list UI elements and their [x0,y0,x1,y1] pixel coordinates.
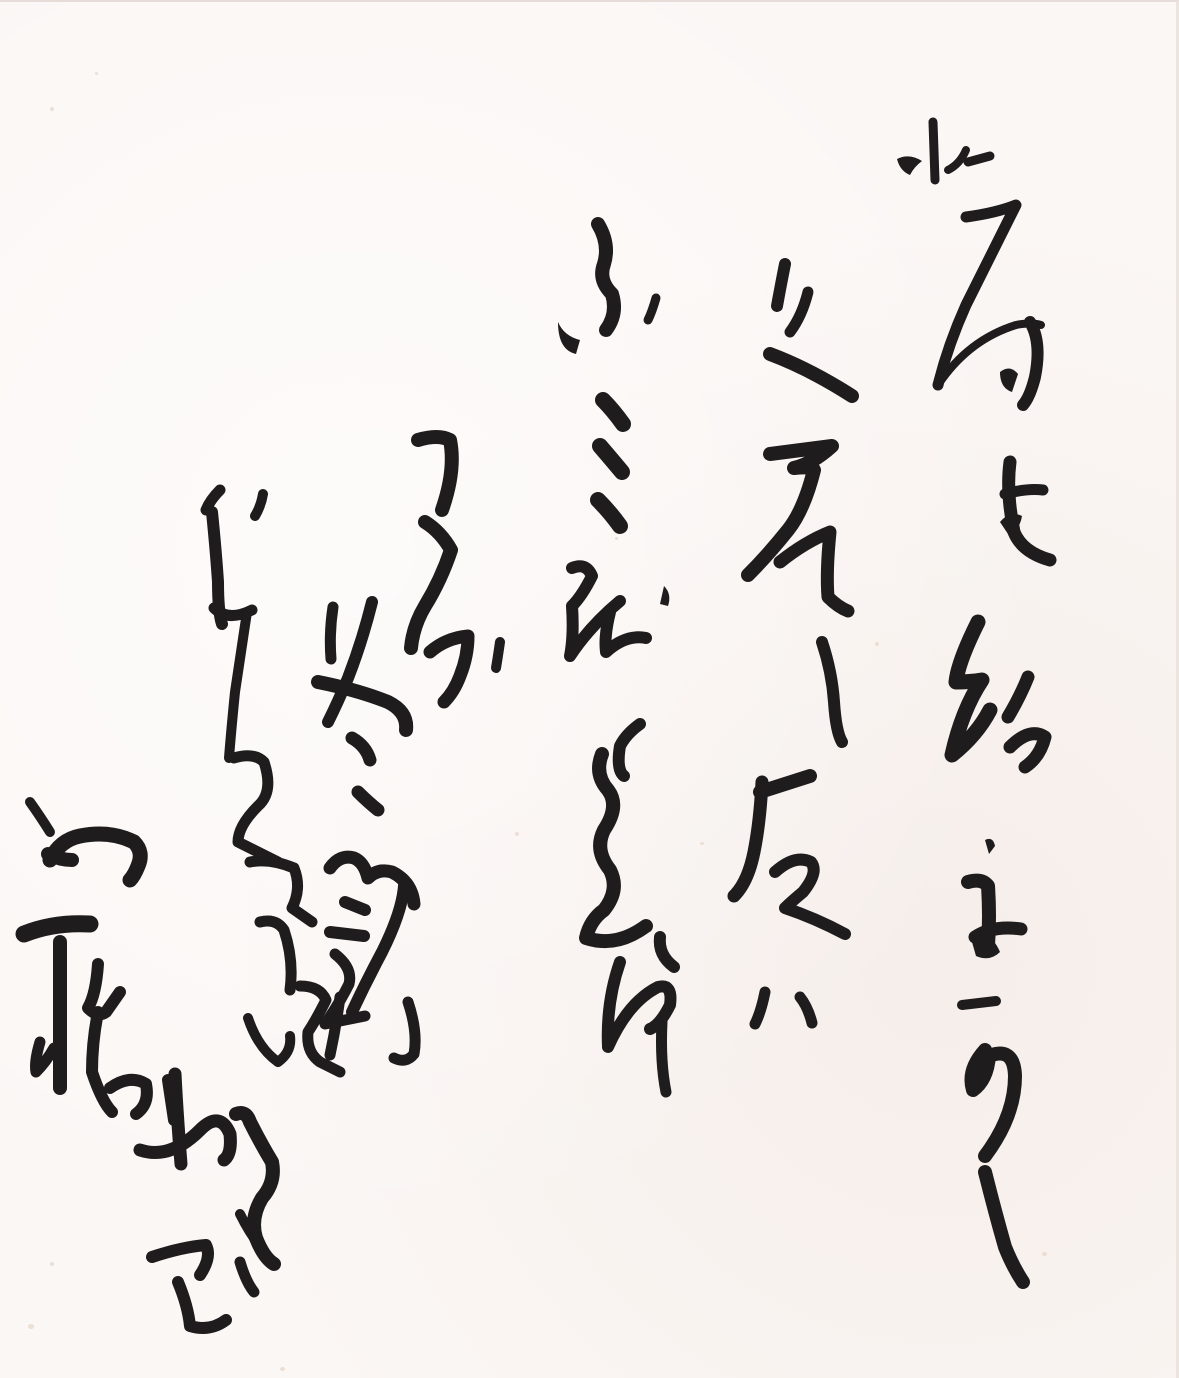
column-2-strokes [734,264,852,1024]
column-3-strokes [558,224,674,1092]
shikishi-board [0,0,1179,1378]
calligraphy-ink [0,2,1179,1378]
column-4-strokes [411,437,500,702]
signature-strokes [24,802,174,1120]
column-1-strokes [897,122,1050,1282]
column-7-strokes [140,1074,274,1328]
column-5-strokes [318,602,415,1060]
column-6-strokes [206,490,340,1072]
